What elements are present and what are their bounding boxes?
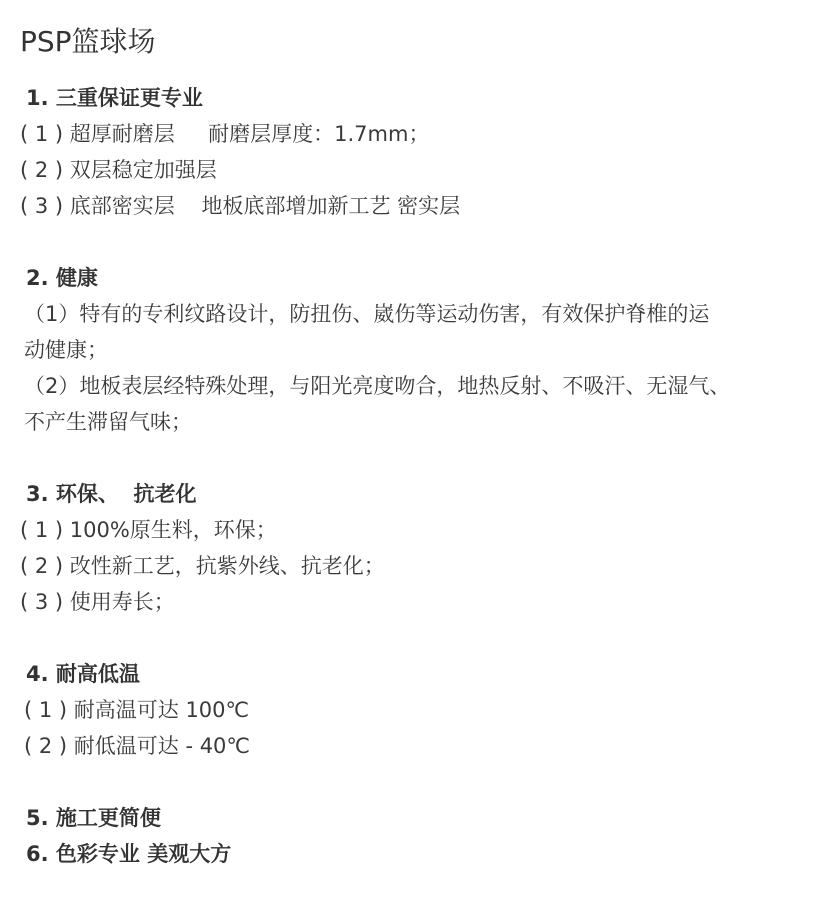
section-4-heading: 4. 耐高低温: [26, 656, 140, 692]
section-2-item-1: （1）特有的专利纹路设计，防扭伤、崴伤等运动伤害，有效保护脊椎的运: [24, 296, 709, 332]
section-1-heading: 1. 三重保证更专业: [26, 80, 203, 116]
section-5-heading: 5. 施工更简便: [26, 800, 161, 836]
section-4-item-2: ( 2 ) 耐低温可达 - 40℃: [24, 728, 250, 764]
section-3-item-3: ( 3 ) 使用寿长；: [20, 584, 175, 620]
section-3-item-1: ( 1 ) 100%原生料，环保；: [20, 512, 277, 548]
section-2-item-2-cont: 不产生滞留气味；: [24, 404, 192, 440]
section-4-item-1: ( 1 ) 耐高温可达 100℃: [24, 692, 249, 728]
section-1-item-2: ( 2 ) 双层稳定加强层: [20, 152, 217, 188]
section-6-heading: 6. 色彩专业 美观大方: [26, 836, 231, 872]
section-2-item-1-cont: 动健康；: [24, 332, 108, 368]
page-title: PSP篮球场: [20, 24, 156, 60]
section-3-item-2: ( 2 ) 改性新工艺，抗紫外线、抗老化；: [20, 548, 385, 584]
section-1-item-1: ( 1 ) 超厚耐磨层 耐磨层厚度：1.7mm；: [20, 116, 429, 152]
section-3-heading: 3. 环保、 抗老化: [26, 476, 197, 512]
section-2-item-2: （2）地板表层经特殊处理，与阳光亮度吻合，地热反射、不吸汗、无湿气、: [24, 368, 730, 404]
section-2-heading: 2. 健康: [26, 260, 98, 296]
section-1-item-3: ( 3 ) 底部密实层 地板底部增加新工艺 密实层: [20, 188, 460, 224]
